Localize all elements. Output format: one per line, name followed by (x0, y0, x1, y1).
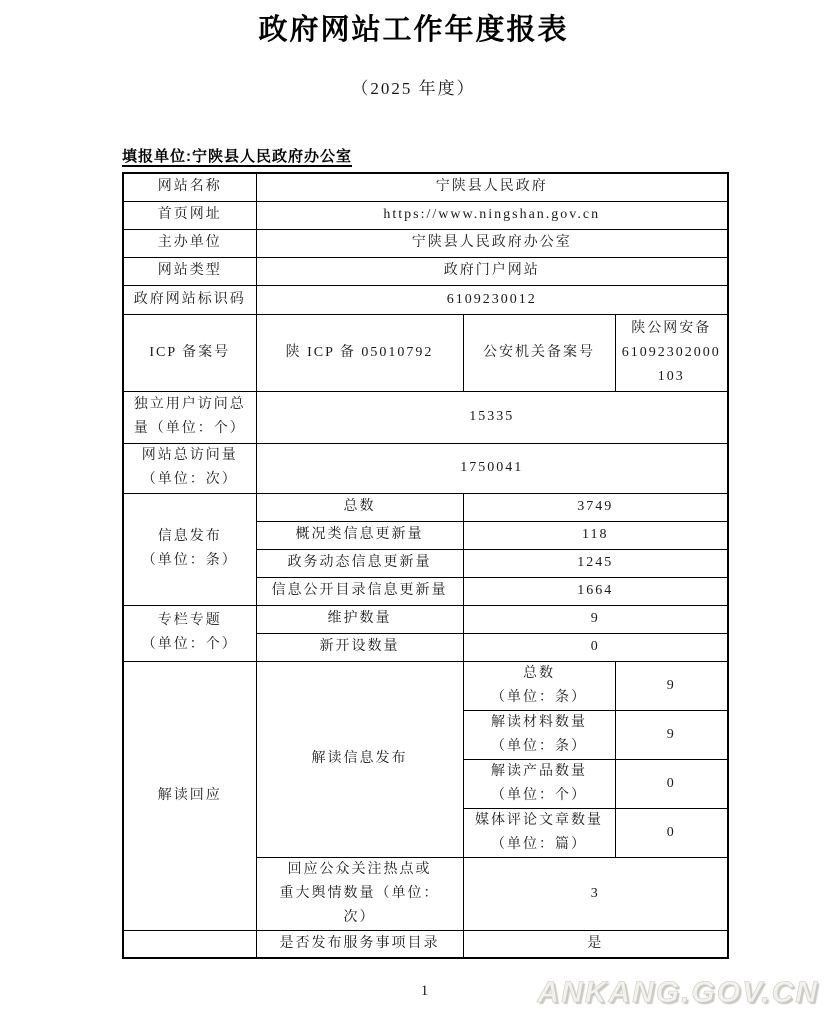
table-row: 政府网站标识码 6109230012 (123, 285, 728, 314)
interpretation-materials-value: 9 (615, 710, 728, 759)
report-year-subtitle: （2025 年度） (0, 78, 827, 100)
organizer-label: 主办单位 (123, 229, 256, 257)
interpretation-total-value: 9 (615, 661, 728, 710)
annual-report-table: 网站名称 宁陕县人民政府 首页网址 https://www.ningshan.g… (122, 172, 729, 959)
interpretation-total-label: 总数 （单位：条） (463, 661, 615, 710)
site-name-label: 网站名称 (123, 173, 256, 201)
overview-updates-label: 概况类信息更新量 (256, 521, 463, 549)
site-name-value: 宁陕县人民政府 (256, 173, 728, 201)
site-code-label: 政府网站标识码 (123, 285, 256, 314)
icp-value: 陕 ICP 备 05010792 (256, 314, 463, 391)
interpretation-group-label: 解读回应 (123, 661, 256, 930)
hotspot-response-label: 回应公众关注热点或 重大舆情数量（单位： 次） (256, 857, 463, 930)
organizer-value: 宁陕县人民政府办公室 (256, 229, 728, 257)
unique-visitors-label: 独立用户访问总 量（单位：个） (123, 391, 256, 443)
site-type-label: 网站类型 (123, 257, 256, 285)
unique-visitors-value: 15335 (256, 391, 728, 443)
homepage-url-value: https://www.ningshan.gov.cn (256, 201, 728, 229)
page-title: 政府网站工作年度报表 (0, 12, 827, 48)
total-visits-label: 网站总访问量 （单位：次） (123, 443, 256, 493)
police-record-label: 公安机关备案号 (463, 314, 615, 391)
service-catalog-label: 是否发布服务事项目录 (256, 930, 463, 958)
table-row: 主办单位 宁陕县人民政府办公室 (123, 229, 728, 257)
hotspot-response-value: 3 (463, 857, 728, 930)
table-row: 解读回应 解读信息发布 总数 （单位：条） 9 (123, 661, 728, 710)
media-commentary-label: 媒体评论文章数量 （单位：篇） (463, 808, 615, 857)
info-publish-total-label: 总数 (256, 493, 463, 521)
report-unit-text: 填报单位:宁陕县人民政府办公室 (122, 148, 352, 165)
gov-news-updates-label: 政务动态信息更新量 (256, 549, 463, 577)
info-publish-group-label: 信息发布 （单位：条） (123, 493, 256, 605)
interpretation-publish-label: 解读信息发布 (256, 661, 463, 857)
table-row: 首页网址 https://www.ningshan.gov.cn (123, 201, 728, 229)
table-row: 网站类型 政府门户网站 (123, 257, 728, 285)
interpretation-products-value: 0 (615, 759, 728, 808)
table-row: ICP 备案号 陕 ICP 备 05010792 公安机关备案号 陕公网安备 6… (123, 314, 728, 391)
report-unit-line: 填报单位:宁陕县人民政府办公室 (122, 147, 827, 167)
site-code-value: 6109230012 (256, 285, 728, 314)
service-catalog-left-blank-cell (123, 930, 256, 958)
interpretation-products-label: 解读产品数量 （单位：个） (463, 759, 615, 808)
maintained-count-label: 维护数量 (256, 605, 463, 633)
table-row: 独立用户访问总 量（单位：个） 15335 (123, 391, 728, 443)
service-catalog-value: 是 (463, 930, 728, 958)
overview-updates-value: 118 (463, 521, 728, 549)
site-type-value: 政府门户网站 (256, 257, 728, 285)
interpretation-materials-label: 解读材料数量 （单位：条） (463, 710, 615, 759)
table-row: 是否发布服务事项目录 是 (123, 930, 728, 958)
table-row: 信息发布 （单位：条） 总数 3749 (123, 493, 728, 521)
info-publish-total-value: 3749 (463, 493, 728, 521)
media-commentary-value: 0 (615, 808, 728, 857)
homepage-url-label: 首页网址 (123, 201, 256, 229)
icp-label: ICP 备案号 (123, 314, 256, 391)
newly-opened-count-label: 新开设数量 (256, 633, 463, 661)
police-record-value: 陕公网安备 61092302000 103 (615, 314, 728, 391)
table-row: 专栏专题 （单位：个） 维护数量 9 (123, 605, 728, 633)
table-row: 网站总访问量 （单位：次） 1750041 (123, 443, 728, 493)
columns-topics-group-label: 专栏专题 （单位：个） (123, 605, 256, 661)
open-directory-updates-label: 信息公开目录信息更新量 (256, 577, 463, 605)
maintained-count-value: 9 (463, 605, 728, 633)
open-directory-updates-value: 1664 (463, 577, 728, 605)
ankang-gov-watermark: ANKANG.GOV.CN (537, 976, 819, 1010)
newly-opened-count-value: 0 (463, 633, 728, 661)
total-visits-value: 1750041 (256, 443, 728, 493)
table-row: 网站名称 宁陕县人民政府 (123, 173, 728, 201)
gov-news-updates-value: 1245 (463, 549, 728, 577)
